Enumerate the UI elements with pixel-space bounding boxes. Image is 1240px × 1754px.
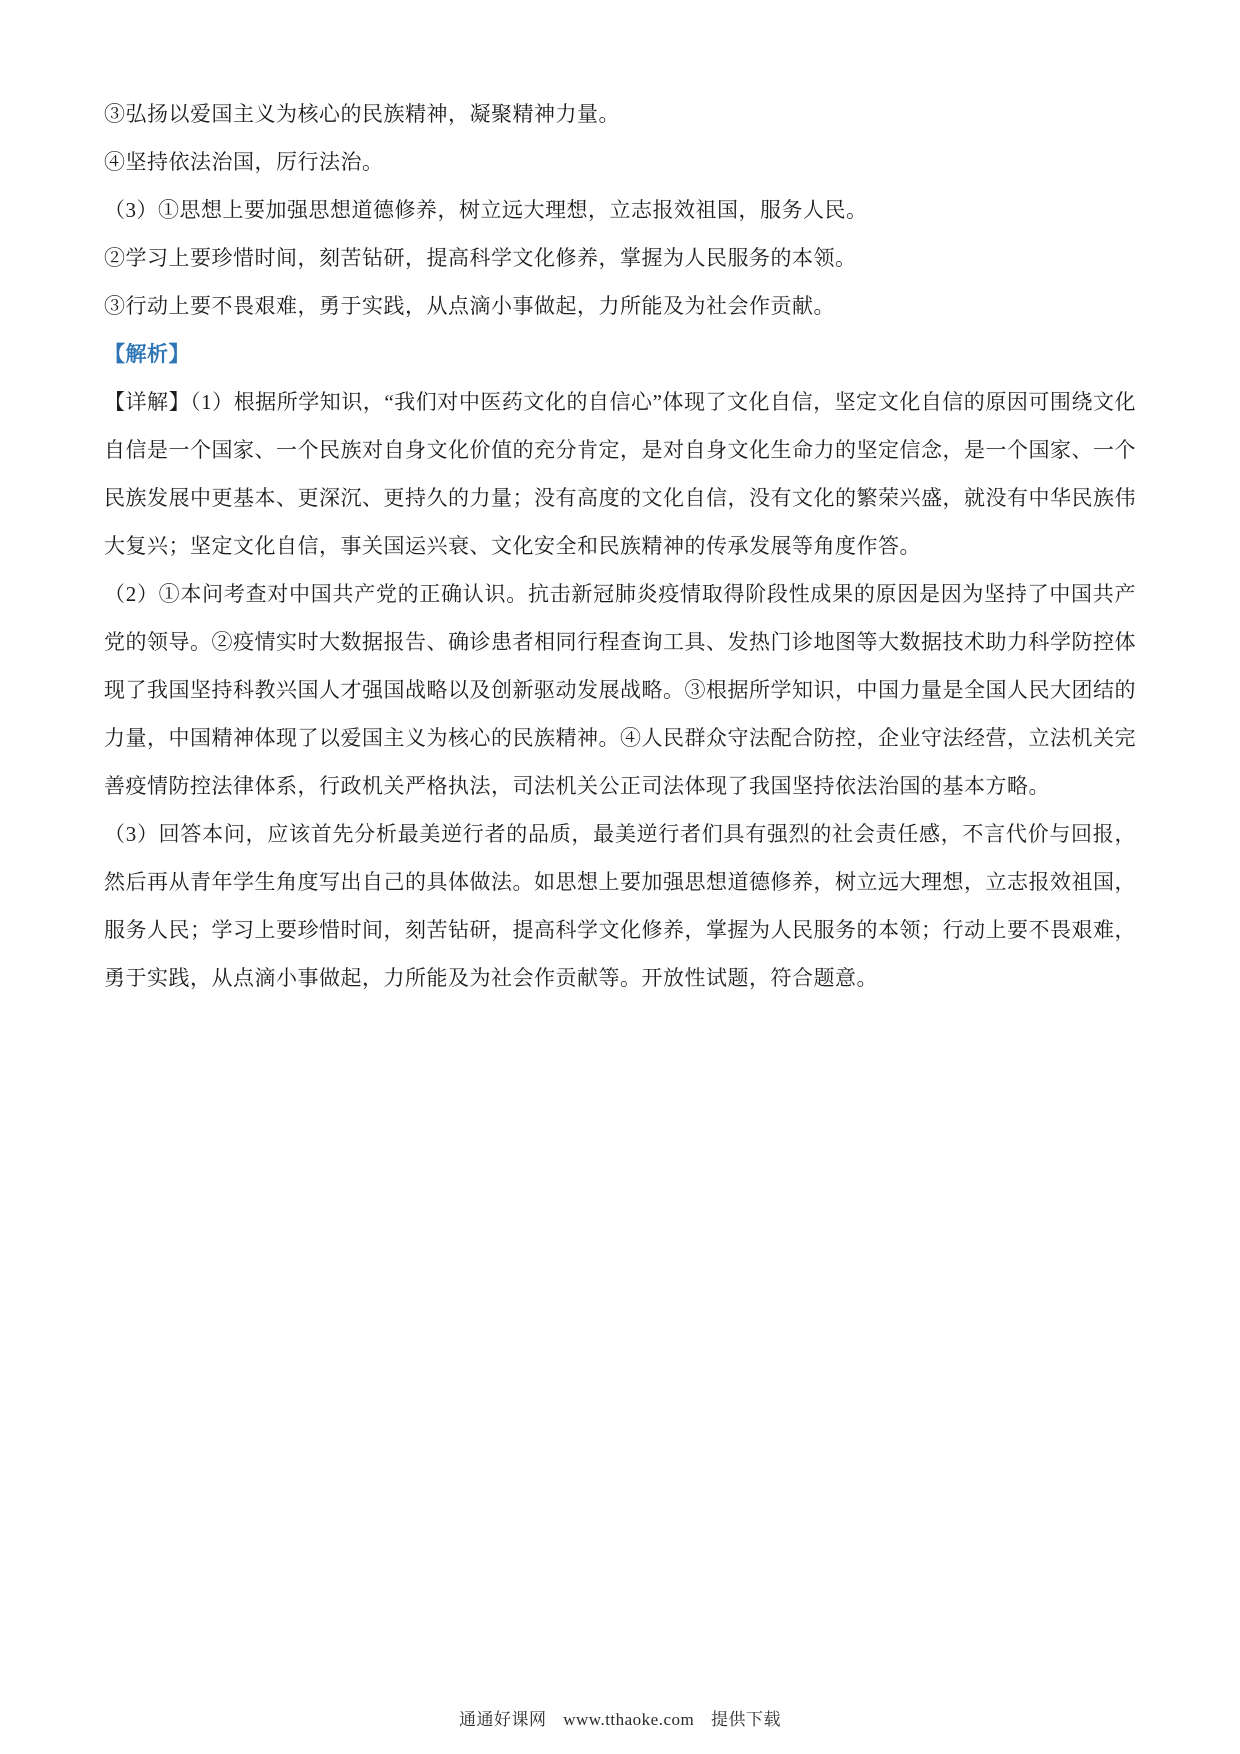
answer-q3-point-3: ③行动上要不畏艰难，勇于实践，从点滴小事做起，力所能及为社会作贡献。 xyxy=(104,282,1136,330)
answer-point-4: ④坚持依法治国，厉行法治。 xyxy=(104,138,1136,186)
document-page: ③弘扬以爱国主义为核心的民族精神，凝聚精神力量。 ④坚持依法治国，厉行法治。 （… xyxy=(0,0,1240,1754)
analysis-detail-paragraph-1: 【详解】（1）根据所学知识，“我们对中医药文化的自信心”体现了文化自信，坚定文化… xyxy=(104,378,1136,570)
footer-download-note: 提供下载 xyxy=(711,1710,781,1729)
footer-site-url: www.tthaoke.com xyxy=(563,1710,694,1729)
answer-and-analysis-body: ③弘扬以爱国主义为核心的民族精神，凝聚精神力量。 ④坚持依法治国，厉行法治。 （… xyxy=(104,90,1136,1002)
analysis-detail-paragraph-2: （2）①本问考查对中国共产党的正确认识。抗击新冠肺炎疫情取得阶段性成果的原因是因… xyxy=(104,570,1136,810)
footer-site-name: 通通好课网 xyxy=(459,1710,547,1729)
answer-q3-point-1: （3）①思想上要加强思想道德修养，树立远大理想，立志报效祖国，服务人民。 xyxy=(104,186,1136,234)
answer-q3-point-2: ②学习上要珍惜时间，刻苦钻研，提高科学文化修养，掌握为人民服务的本领。 xyxy=(104,234,1136,282)
analysis-section-label: 【解析】 xyxy=(104,330,1136,378)
page-footer: 通通好课网 www.tthaoke.com 提供下载 xyxy=(0,1705,1240,1730)
analysis-detail-paragraph-3: （3）回答本问，应该首先分析最美逆行者的品质，最美逆行者们具有强烈的社会责任感，… xyxy=(104,810,1136,1002)
answer-point-3: ③弘扬以爱国主义为核心的民族精神，凝聚精神力量。 xyxy=(104,90,1136,138)
